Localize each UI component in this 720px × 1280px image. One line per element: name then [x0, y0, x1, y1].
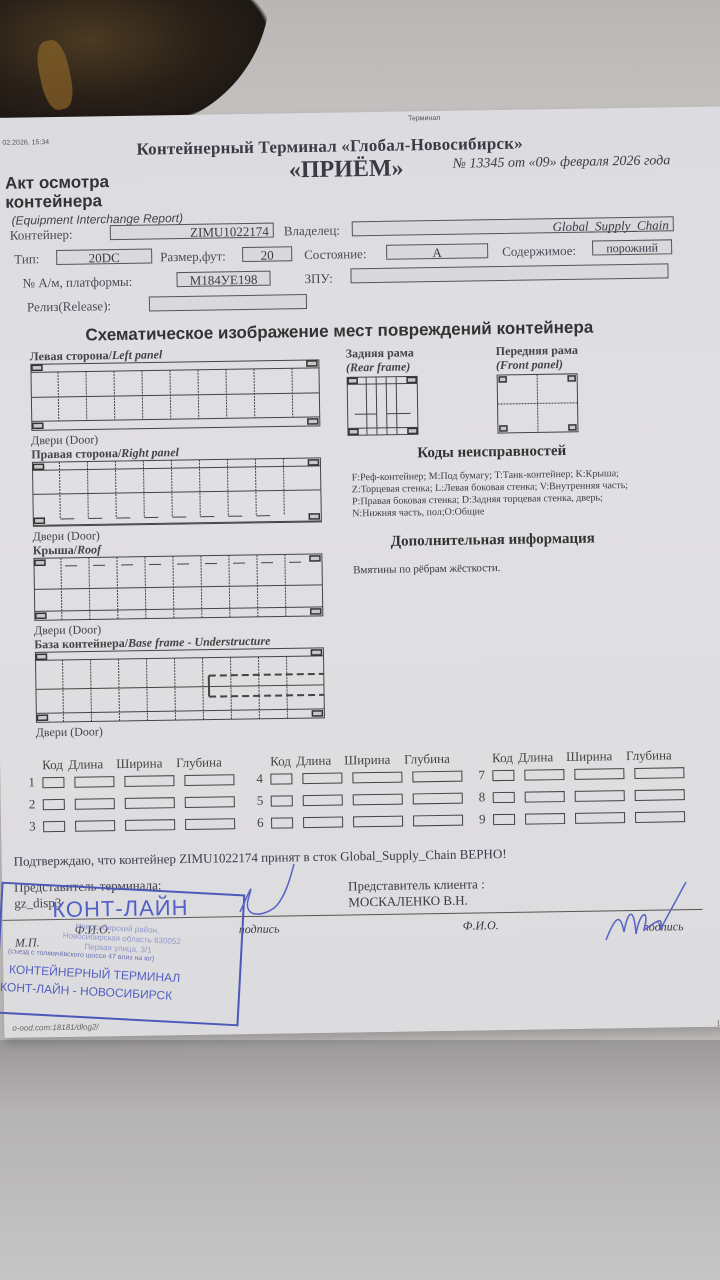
- damage-table-header: Ширина: [344, 752, 391, 769]
- damage-length-field[interactable]: [525, 791, 565, 803]
- defect-codes-title: Коды неисправностей: [417, 443, 566, 462]
- roof-diagram[interactable]: [33, 553, 324, 622]
- roof-label-en: Roof: [77, 542, 101, 556]
- damage-depth-field[interactable]: [635, 789, 685, 801]
- background-object: [0, 0, 270, 130]
- company-stamp: КОНТ-ЛАЙН Новосибирский район, Новосибир…: [0, 882, 245, 1027]
- rear-frame-label-en: (Rear frame): [346, 359, 411, 375]
- damage-code-field[interactable]: [271, 817, 293, 828]
- damage-length-field[interactable]: [74, 776, 114, 788]
- damage-width-field[interactable]: [575, 790, 625, 802]
- damage-length-field[interactable]: [525, 813, 565, 825]
- terminal-signature: [230, 860, 300, 920]
- damage-length-field[interactable]: [524, 769, 564, 781]
- size-field[interactable]: 20: [242, 246, 292, 262]
- damage-row-number: 2: [29, 796, 36, 812]
- damage-table-header: Длина: [296, 753, 331, 770]
- seal-label: ЗПУ:: [304, 271, 332, 287]
- damage-width-field[interactable]: [125, 797, 175, 809]
- damage-code-field[interactable]: [43, 821, 65, 832]
- container-field[interactable]: ZIMU1022174: [110, 223, 274, 241]
- document-number: № 13345 от «09» февраля 2026 года: [453, 153, 671, 172]
- owner-label: Владелец:: [284, 223, 340, 240]
- roof-label-ru: Крыша/: [33, 543, 77, 558]
- damage-length-field[interactable]: [302, 773, 342, 785]
- damage-code-field[interactable]: [493, 814, 515, 825]
- owner-field[interactable]: Global_Supply_Chain: [352, 216, 674, 236]
- seal-field[interactable]: [350, 263, 668, 283]
- damage-code-field[interactable]: [493, 792, 515, 803]
- damage-table-header: Ширина: [566, 748, 613, 765]
- damage-code-field[interactable]: [270, 773, 292, 784]
- damage-width-field[interactable]: [574, 768, 624, 780]
- damage-table-header: Код: [270, 753, 291, 769]
- damage-row-number: 1: [28, 774, 35, 790]
- defect-codes-list: F:Реф-контейнер; M:Под бумагу; T:Танк-ко…: [352, 468, 629, 520]
- damage-row-number: 5: [257, 793, 264, 809]
- type-label: Тип:: [14, 251, 39, 267]
- size-label: Размер,фут:: [160, 248, 226, 265]
- damage-length-field[interactable]: [303, 795, 343, 807]
- right-panel-label-ru: Правая сторона/: [31, 446, 121, 461]
- base-frame-label-ru: База контейнера/: [34, 636, 128, 651]
- damage-table-header: Длина: [68, 756, 103, 773]
- damage-code-field[interactable]: [42, 777, 64, 788]
- left-panel-label-ru: Левая сторона/: [30, 348, 112, 363]
- damage-table-header: Длина: [518, 749, 553, 766]
- additional-info-text: Вмятины по рёбрам жёсткости.: [353, 562, 501, 576]
- condition-field[interactable]: A: [386, 243, 488, 260]
- damage-depth-field[interactable]: [185, 818, 235, 830]
- top-small-label: Терминал: [408, 115, 440, 123]
- front-panel-label-en: (Front panel): [496, 357, 563, 373]
- damage-length-field[interactable]: [75, 798, 115, 810]
- right-panel-label-en: Right panel: [121, 445, 179, 460]
- damage-table-header: Глубина: [626, 747, 672, 764]
- schematic-title: Схематическое изображение мест поврежден…: [85, 318, 593, 346]
- damage-depth-field[interactable]: [634, 767, 684, 779]
- damage-row-number: 8: [479, 789, 486, 805]
- terminal-sign-label: подпись: [239, 922, 280, 938]
- container-label: Контейнер:: [10, 227, 73, 244]
- operation-title: «ПРИЁМ»: [289, 156, 404, 185]
- damage-depth-field[interactable]: [635, 811, 685, 823]
- additional-info-title: Дополнительная информация: [391, 531, 595, 551]
- damage-width-field[interactable]: [125, 819, 175, 831]
- client-fio-label: Ф.И.О.: [463, 918, 499, 934]
- base-frame-door-label: Двери (Door): [36, 724, 103, 740]
- damage-table-header: Код: [42, 757, 63, 773]
- act-title-line1: Акт осмотра: [5, 172, 109, 193]
- table-surface: [0, 1040, 720, 1280]
- damage-row-number: 3: [29, 818, 36, 834]
- damage-table-header: Глубина: [404, 751, 450, 768]
- contents-label: Содержимое:: [502, 243, 576, 260]
- damage-width-field[interactable]: [353, 794, 403, 806]
- vehicle-label: № А/м, платформы:: [22, 274, 132, 292]
- damage-row-number: 9: [479, 811, 486, 827]
- damage-width-field[interactable]: [353, 816, 403, 828]
- client-rep-name: МОСКАЛЕНКО В.Н.: [348, 893, 468, 911]
- damage-code-field[interactable]: [271, 795, 293, 806]
- damage-width-field[interactable]: [124, 775, 174, 787]
- page-number: 1: [716, 1019, 720, 1028]
- base-frame-diagram[interactable]: [34, 647, 325, 724]
- left-panel-diagram[interactable]: [30, 359, 321, 432]
- damage-depth-field[interactable]: [413, 815, 463, 827]
- contents-field[interactable]: порожний: [592, 239, 672, 255]
- damage-length-field[interactable]: [75, 820, 115, 832]
- left-panel-label-en: Left panel: [112, 347, 163, 362]
- print-datetime: 02.2026, 15:34: [2, 139, 49, 147]
- damage-table-header: Ширина: [116, 755, 163, 772]
- damage-row-number: 4: [256, 771, 263, 787]
- damage-depth-field[interactable]: [185, 796, 235, 808]
- front-panel-diagram[interactable]: [496, 373, 579, 434]
- right-panel-diagram[interactable]: [31, 457, 322, 528]
- rear-frame-diagram[interactable]: [346, 375, 419, 436]
- damage-code-field[interactable]: [43, 799, 65, 810]
- footer-url: o-ood.com:18181/dlog2/: [12, 1022, 98, 1032]
- vehicle-field[interactable]: М184УЕ198: [176, 271, 270, 287]
- damage-length-field[interactable]: [303, 817, 343, 829]
- type-field[interactable]: 20DC: [56, 248, 152, 265]
- damage-table-header: Глубина: [176, 754, 222, 771]
- damage-depth-field[interactable]: [413, 793, 463, 805]
- act-title-line2: контейнера: [5, 191, 109, 212]
- release-field[interactable]: [149, 294, 307, 311]
- damage-code-field[interactable]: [492, 770, 514, 781]
- client-signature: [600, 880, 690, 950]
- damage-row-number: 7: [478, 767, 485, 783]
- damage-depth-field[interactable]: [412, 771, 462, 783]
- damage-table-header: Код: [492, 750, 513, 766]
- act-title: Акт осмотра контейнера: [5, 172, 110, 212]
- damage-row-number: 6: [257, 815, 264, 831]
- damage-width-field[interactable]: [352, 772, 402, 784]
- damage-depth-field[interactable]: [184, 774, 234, 786]
- damage-width-field[interactable]: [575, 812, 625, 824]
- release-label: Релиз(Release):: [27, 298, 111, 315]
- stamp-name: КОНТ-ЛАЙН: [52, 895, 189, 923]
- condition-label: Состояние:: [304, 246, 367, 263]
